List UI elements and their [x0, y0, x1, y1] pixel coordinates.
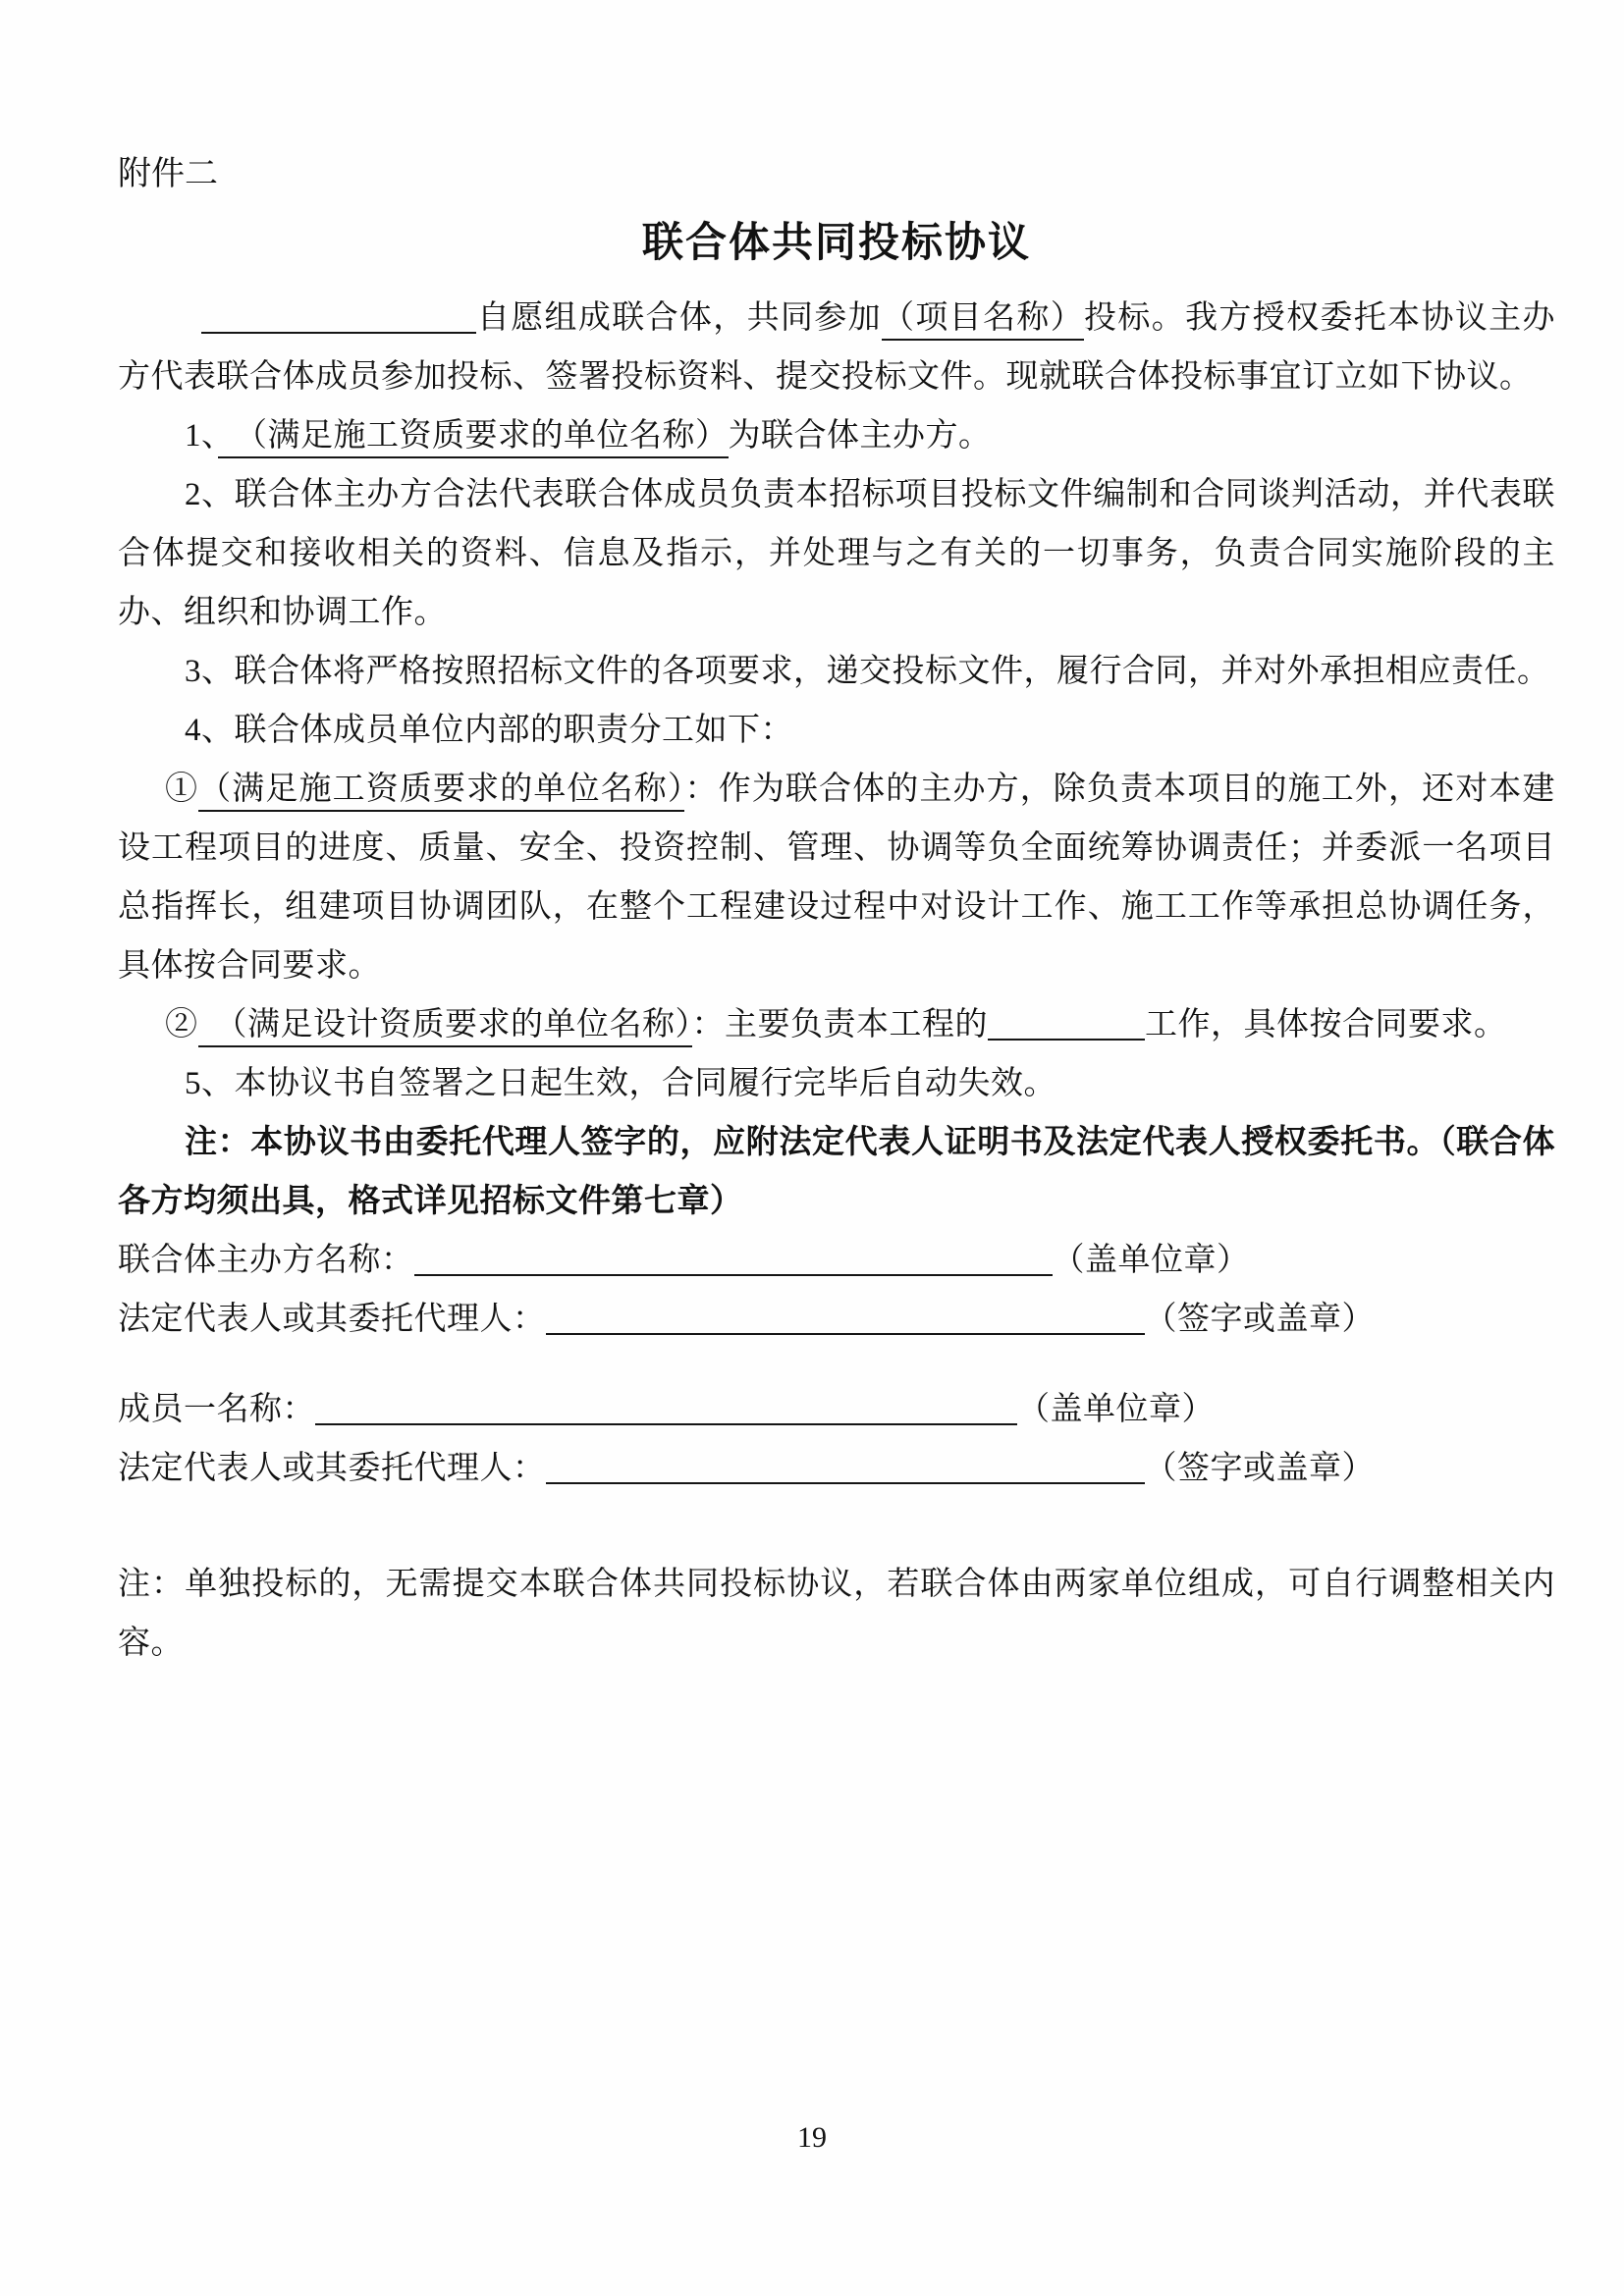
item-1-unit-placeholder: （满足施工资质要求的单位名称） — [218, 418, 729, 458]
item-1-number: 1、 — [185, 418, 218, 454]
lead-name-seal-note: （盖单位章） — [1053, 1243, 1250, 1278]
member-rep-label: 法定代表人或其委托代理人： — [118, 1451, 546, 1486]
circled-2-marker: ② — [165, 1007, 198, 1042]
subitem-2-mid: ：主要负责本工程的 — [692, 1007, 989, 1042]
attachment-label: 附件二 — [118, 145, 1555, 204]
signature-member-rep-row: 法定代表人或其委托代理人：（签字或盖章） — [118, 1439, 1555, 1498]
blank-work-scope — [988, 1007, 1145, 1041]
lead-rep-seal-note: （签字或盖章） — [1145, 1302, 1376, 1337]
lead-name-label: 联合体主办方名称： — [118, 1243, 414, 1278]
subitem-2-unit-placeholder: （满足设计资质要求的单位名称） — [198, 1007, 692, 1047]
blank-member-rep — [546, 1451, 1145, 1484]
item-2: 2、联合体主办方合法代表联合体成员负责本招标项目投标文件编制和合同谈判活动，并代… — [118, 465, 1555, 642]
circled-1-marker: ① — [165, 772, 198, 807]
signature-lead-rep-row: 法定代表人或其委托代理人：（签字或盖章） — [118, 1290, 1555, 1349]
subitem-2-rest: 工作，具体按合同要求。 — [1145, 1007, 1507, 1042]
intro-text-lead: 自愿组成联合体，共同参加 — [476, 300, 882, 336]
item-5: 5、本协议书自签署之日起生效，合同履行完毕后自动失效。 — [118, 1054, 1555, 1113]
blank-lead-rep — [546, 1302, 1145, 1335]
footer-note: 注：单独投标的，无需提交本联合体共同投标协议，若联合体由两家单位组成，可自行调整… — [118, 1555, 1555, 1673]
project-name-placeholder: （项目名称） — [882, 300, 1084, 341]
blank-lead-name — [414, 1243, 1053, 1276]
subitem-1-unit-placeholder: （满足施工资质要求的单位名称） — [198, 772, 684, 812]
item-3: 3、联合体将严格按照招标文件的各项要求，递交投标文件，履行合同，并对外承担相应责… — [118, 642, 1555, 701]
subitem-1: ①（满足施工资质要求的单位名称）：作为联合体的主办方，除负责本项目的施工外，还对… — [118, 760, 1555, 995]
document-page: 附件二 联合体共同投标协议 自愿组成联合体，共同参加（项目名称）投标。我方授权委… — [0, 0, 1624, 2296]
intro-paragraph: 自愿组成联合体，共同参加（项目名称）投标。我方授权委托本协议主办方代表联合体成员… — [118, 289, 1555, 406]
document-content: 附件二 联合体共同投标协议 自愿组成联合体，共同参加（项目名称）投标。我方授权委… — [0, 0, 1624, 1673]
blank-consortium-members — [201, 300, 476, 334]
signature-member-name-row: 成员一名称：（盖单位章） — [118, 1380, 1555, 1439]
page-number: 19 — [0, 2118, 1624, 2158]
item-4: 4、联合体成员单位内部的职责分工如下： — [118, 701, 1555, 760]
signature-lead-name-row: 联合体主办方名称：（盖单位章） — [118, 1231, 1555, 1290]
note-paragraph: 注：本协议书由委托代理人签字的，应附法定代表人证明书及法定代表人授权委托书。（联… — [118, 1113, 1555, 1231]
item-1: 1、 （满足施工资质要求的单位名称）为联合体主办方。 — [118, 406, 1555, 465]
member-name-label: 成员一名称： — [118, 1392, 315, 1427]
subitem-2: ② （满足设计资质要求的单位名称）：主要负责本工程的工作，具体按合同要求。 — [118, 995, 1555, 1054]
member-rep-seal-note: （签字或盖章） — [1145, 1451, 1376, 1486]
member-name-seal-note: （盖单位章） — [1017, 1392, 1215, 1427]
lead-rep-label: 法定代表人或其委托代理人： — [118, 1302, 546, 1337]
page-title: 联合体共同投标协议 — [118, 208, 1555, 279]
item-1-rest: 为联合体主办方。 — [729, 418, 992, 454]
blank-member-name — [315, 1392, 1017, 1425]
